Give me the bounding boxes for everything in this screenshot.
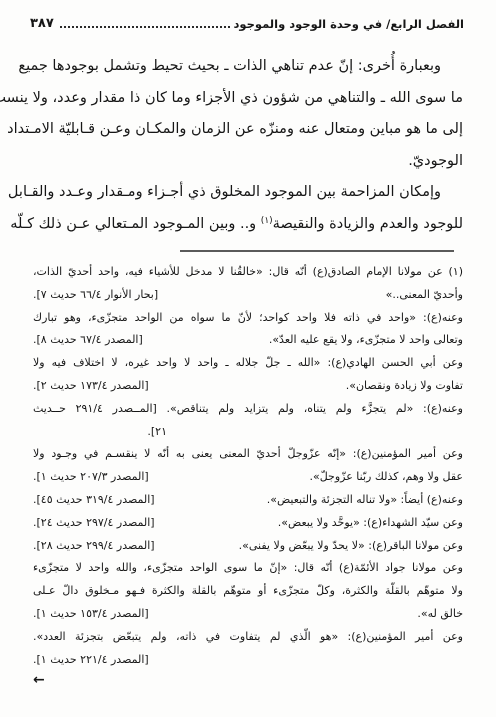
footnote-citation: [المصدر ٢٩٧/٤ حديث ٢٤]. (33, 512, 155, 535)
footnote-citation: [المصدر ٦٧/٤ حديث ٨]. (33, 329, 143, 352)
footnote-citation-line: [المصدر ٢٢١/٤ حديث ١]. (33, 649, 463, 672)
footnote-citation: [بحار الأنوار ٦٦/٤ حديث ٧]. (33, 284, 158, 307)
dotted-leader (60, 25, 231, 28)
body-line: وإمكان المزاحمة بين الموجود المخلوق ذي أ… (33, 177, 463, 209)
footnote-line: وعن أمير المؤمنين(ع): «إنّه عزّوجلّ أحدي… (33, 443, 463, 466)
body-line: وبعبارة أُخرى: إنّ عدم تناهي الذات ـ بحي… (33, 51, 463, 83)
footnote-text: خالق له». (417, 603, 463, 626)
footnote-line: وتعالى واحد لا متجزّىء، ولا يقع عليه الع… (33, 329, 463, 352)
footnote-citation: [المصدر ٢٩٩/٤ حديث ٢٨]. (33, 535, 155, 558)
footnote-line: وعنه(ع) أيضاً: «ولا تناله التجزئة والتبع… (33, 489, 463, 512)
footnotes-block: (١) عن مولانا الإمام الصادق(ع) أنّه قال:… (33, 261, 463, 671)
footnote-line: (١) عن مولانا الإمام الصادق(ع) أنّه قال:… (33, 261, 463, 284)
footnote-line: وعن أبي الحسن الهادي(ع): «الله ـ جلّ جلا… (33, 352, 463, 375)
page-number: ٣٨٧ (30, 16, 54, 31)
footnote-citation: [المصدر ٣١٩/٤ حديث ٤٥]. (33, 489, 155, 512)
footnote-text: وعن مولانا الباقر(ع): «لا يحدّ ولا يبعّض… (239, 535, 463, 558)
footnote-text: وتعالى واحد لا متجزّىء، ولا يقع عليه الع… (269, 329, 463, 352)
chapter-title: الفصل الرابع/ في وحدة الوجود والموجود (233, 17, 464, 31)
footnote-line: وعن أمير المؤمنين(ع): «هو الّذي لم يتفاو… (33, 626, 463, 649)
body-line-text: للوجود والعدم والزيادة والنقيصة (273, 216, 463, 232)
body-line: للوجود والعدم والزيادة والنقيصة(١) و.. و… (33, 209, 463, 241)
page-header: الفصل الرابع/ في وحدة الوجود والموجود ٣٨… (30, 16, 464, 31)
footnote-text: وعنه(ع) أيضاً: «ولا تناله التجزئة والتبع… (267, 489, 463, 512)
body-line: إلى ما هو مباين ومتعال عنه ومنزّه عن الز… (33, 114, 463, 146)
footnote-text: وأحديّ المعنى..» (386, 284, 463, 307)
footnote-line: وعنه(ع): «واحد في ذاته فلا واحد كواحد؛ ل… (33, 307, 463, 330)
footnote-reference-marker: (١) (261, 216, 273, 226)
body-line: ما سوى الله ـ والتناهي من شؤون ذي الأجزا… (33, 83, 463, 115)
footnote-line: خالق له».[المصدر ١٥٣/٤ حديث ١]. (33, 603, 463, 626)
body-line: الوجوديّ. (33, 146, 463, 178)
footnote-text: وعن سيّد الشهداء(ع): «يوحَّد ولا يبعض». (278, 512, 463, 535)
footnote-citation: [المصدر ١٥٣/٤ حديث ١]. (33, 603, 149, 626)
body-line-text: و.. وبين المـوجود المـتعالي عـن ذلك كـلّ… (10, 216, 261, 232)
footnote-line: وأحديّ المعنى..»[بحار الأنوار ٦٦/٤ حديث … (33, 284, 463, 307)
footnote-line: ولا متوهّم بالقلّة والكثرة، وكلّ متجزّىء… (33, 580, 463, 603)
footnote-separator-rule (180, 250, 454, 252)
footnote-line: وعن مولانا الباقر(ع): «لا يحدّ ولا يبعّض… (33, 535, 463, 558)
body-text: وبعبارة أُخرى: إنّ عدم تناهي الذات ـ بحي… (33, 51, 463, 241)
footnote-line: وعنه(ع): «لم يتجزَّء ولم يتناه، ولم يتزا… (33, 398, 463, 421)
footnote-text: عقل ولا وهم، كذلك ربّنا عزّوجلّ». (310, 466, 464, 489)
continuation-arrow-icon: ← (33, 672, 47, 688)
footnote-line: عقل ولا وهم، كذلك ربّنا عزّوجلّ».[المصدر… (33, 466, 463, 489)
footnote-citation: [المصدر ٢٠٧/٣ حديث ١]. (33, 466, 149, 489)
footnote-line: ٢١]. (33, 421, 463, 444)
book-page: الفصل الرابع/ في وحدة الوجود والموجود ٣٨… (0, 0, 496, 717)
footnote-line: تفاوت ولا زيادة ونقصان».[المصدر ١٧٣/٤ حد… (33, 375, 463, 398)
footnote-line: وعن مولانا جواد الأئمّة(ع) أنّه قال: «إن… (33, 557, 463, 580)
footnote-line: وعن سيّد الشهداء(ع): «يوحَّد ولا يبعض».[… (33, 512, 463, 535)
footnote-citation: [المصدر ١٧٣/٤ حديث ٢]. (33, 375, 149, 398)
footnote-text: تفاوت ولا زيادة ونقصان». (346, 375, 463, 398)
